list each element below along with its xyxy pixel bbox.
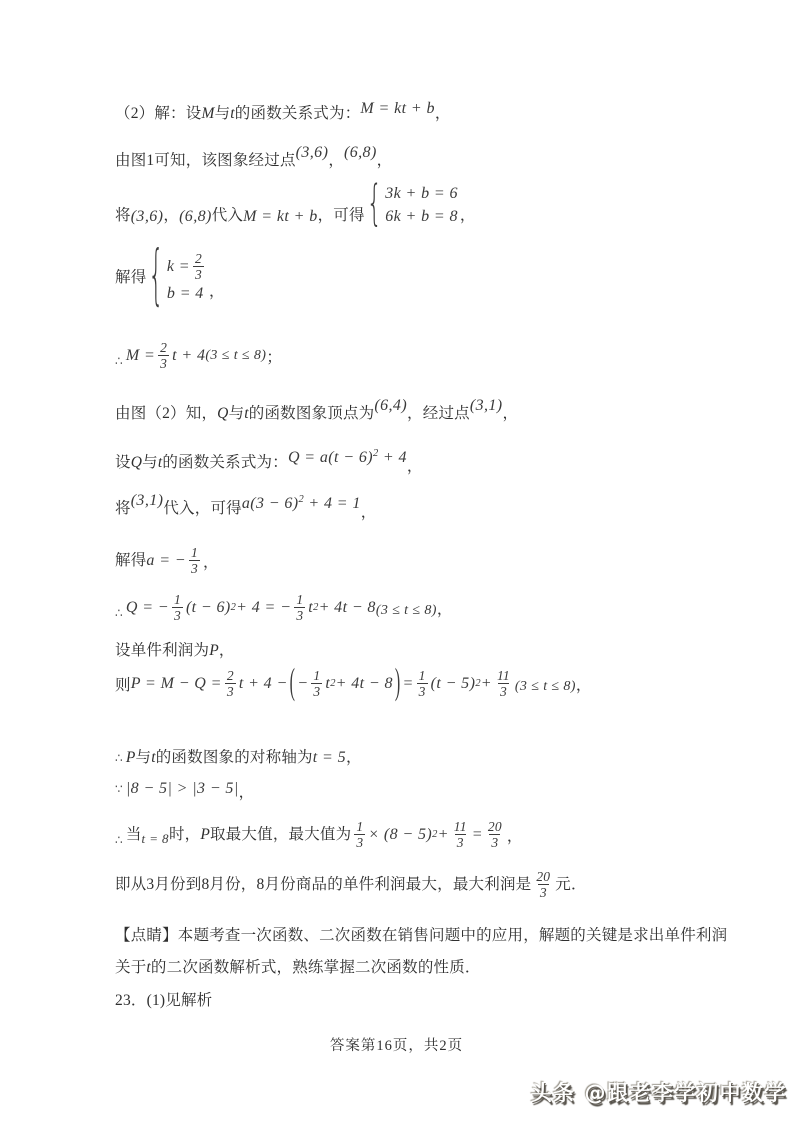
fraction: 13 bbox=[311, 669, 322, 699]
numerator: 1 bbox=[311, 669, 322, 683]
math-formula: P = M − Q = bbox=[131, 673, 222, 695]
math-formula: + bbox=[481, 673, 492, 695]
math-formula: Q = − bbox=[126, 597, 169, 619]
because-symbol: ∵ bbox=[115, 782, 123, 796]
text-segment: 解得 bbox=[115, 268, 146, 289]
text-segment: 的函数关系式为： bbox=[235, 105, 361, 122]
numerator: 1 bbox=[189, 546, 200, 560]
remark-line-2: 关于t的二次函数解析式，熟练掌握二次函数的性质． bbox=[115, 958, 481, 979]
text-segment: 则 bbox=[115, 676, 131, 697]
math-formula: × (8 − 5) bbox=[368, 824, 432, 846]
math-formula: M = kt + b bbox=[243, 206, 317, 228]
point-coordinates: (3,6) bbox=[296, 144, 329, 161]
numerator: 20 bbox=[534, 870, 552, 884]
document-page: { "glyphs": {"brace": "{", "lparen": "("… bbox=[0, 0, 793, 1121]
comma: ， bbox=[163, 206, 179, 227]
math-formula: + 4t − 8 bbox=[319, 597, 376, 619]
point-coordinates: (6,8) bbox=[179, 206, 212, 228]
solution-line-symmetry-axis: ∴P与t的函数图象的对称轴为t = 5， bbox=[115, 747, 362, 769]
domain-condition: (3 ≤ t ≤ 8) bbox=[205, 347, 266, 366]
comma: ， bbox=[503, 405, 519, 422]
denominator: 3 bbox=[193, 266, 204, 282]
equation-row: k = 23 bbox=[167, 252, 207, 282]
fraction: 113 bbox=[452, 820, 469, 850]
text-segment: ，经过点 bbox=[407, 405, 470, 422]
text-segment: 与 bbox=[229, 405, 245, 422]
text-segment: 设 bbox=[115, 454, 131, 471]
watermark: 头条 @跟老李学初中数学 bbox=[531, 1077, 787, 1107]
text-segment: 23．(1)见解析 bbox=[115, 992, 212, 1009]
therefore-symbol: ∴ bbox=[115, 832, 123, 848]
solution-line-M-function: ∴ M = 23 t + 4 (3 ≤ t ≤ 8) ； bbox=[115, 341, 282, 371]
text-segment: 与 bbox=[142, 454, 158, 471]
point-coordinates: (3,1) bbox=[131, 492, 164, 509]
point-coordinates: (3,6) bbox=[131, 206, 164, 228]
denominator: 3 bbox=[294, 607, 305, 623]
next-problem-line: 23．(1)见解析 bbox=[115, 991, 212, 1012]
text-segment: 【点睛】本题考查一次函数、二次函数在销售问题中的应用，解题的关键是求出单件利润 bbox=[115, 927, 727, 944]
math-var: P bbox=[200, 825, 210, 846]
text-segment: 设单件利润为 bbox=[115, 642, 209, 659]
solution-line-vertex: 由图（2）知，Q与t的函数图象顶点为(6,4)，经过点(3,1)， bbox=[115, 403, 518, 425]
math-var: M bbox=[201, 105, 214, 122]
math-formula: = bbox=[402, 673, 413, 695]
math-formula: + 4t − 8 bbox=[336, 673, 393, 695]
point-coordinates: (6,8) bbox=[344, 144, 377, 161]
text-segment: 代入 bbox=[212, 206, 243, 227]
comma: ， bbox=[507, 827, 523, 848]
equation-row: b = 4 bbox=[167, 283, 204, 305]
semicolon: ； bbox=[266, 348, 282, 369]
text-segment: 的函数关系式为： bbox=[162, 454, 288, 471]
text-segment: 将 bbox=[115, 500, 131, 517]
text-segment: 由图（2）知， bbox=[115, 405, 217, 422]
text-segment: 将 bbox=[115, 206, 131, 227]
comma: ， bbox=[203, 553, 219, 574]
math-var: P bbox=[209, 642, 219, 659]
therefore-symbol: ∴ bbox=[115, 751, 123, 765]
comma: ， bbox=[219, 642, 235, 659]
math-formula: t = 5 bbox=[313, 749, 346, 766]
math-formula: − bbox=[297, 673, 308, 695]
math-formula: t = 8 bbox=[142, 830, 169, 848]
solution-line-conclusion: 即从3月份到8月份，8月份商品的单件利润最大，最大利润是 203 元． bbox=[115, 870, 587, 900]
denominator: 3 bbox=[311, 683, 322, 699]
math-var: P bbox=[126, 749, 136, 766]
text-segment: 的二次函数解析式，熟练掌握二次函数的性质． bbox=[151, 959, 481, 976]
cases-brace: { bbox=[367, 171, 382, 236]
numerator: 20 bbox=[486, 820, 504, 834]
solution-line-setup-M: （2）解：设M与t的函数关系式为：M = kt + b， bbox=[115, 103, 451, 125]
solution-line-solve-a: 解得 a = − 13 ， bbox=[115, 546, 219, 576]
denominator: 3 bbox=[538, 884, 549, 900]
denominator: 3 bbox=[354, 834, 365, 850]
comma: ， bbox=[239, 784, 255, 801]
math-formula: + 4 = − bbox=[236, 597, 291, 619]
fraction: 23 bbox=[193, 252, 204, 282]
numerator: 1 bbox=[294, 593, 305, 607]
comma: ， bbox=[437, 600, 453, 621]
solution-line-compare-distance: ∵|8 − 5| > |3 − 5|， bbox=[115, 778, 254, 800]
math-formula: + 4 = 1 bbox=[304, 495, 361, 512]
fraction: 23 bbox=[225, 669, 236, 699]
math-formula: a(3 − 6) bbox=[242, 495, 299, 512]
comma: ， bbox=[377, 152, 393, 169]
text-segment: 取最大值，最大值为 bbox=[210, 825, 351, 846]
fraction: 13 bbox=[294, 593, 305, 623]
solution-line-define-P: 设单件利润为P， bbox=[115, 641, 235, 662]
comma: ， bbox=[209, 282, 225, 303]
comma: ， bbox=[361, 504, 377, 521]
solution-line-P-function: 则 P = M − Q = 23 t + 4 − ( − 13 t2 + 4t … bbox=[115, 669, 592, 699]
solution-line-setup-Q: 设Q与t的函数关系式为：Q = a(t − 6)2 + 4， bbox=[115, 452, 423, 474]
text-segment: ，可得 bbox=[318, 206, 365, 227]
text-segment: 与 bbox=[215, 105, 231, 122]
solution-line-substitute-Q: 将(3,1)代入，可得a(3 − 6)2 + 4 = 1， bbox=[115, 498, 376, 520]
point-coordinates: (3,1) bbox=[470, 397, 503, 414]
math-formula: M = bbox=[126, 345, 155, 367]
text-segment: 代入，可得 bbox=[163, 500, 242, 517]
math-var: Q bbox=[131, 454, 142, 471]
math-formula: a = − bbox=[146, 550, 186, 572]
math-formula: t + 4 bbox=[172, 345, 205, 367]
text-segment: 解得 bbox=[115, 551, 146, 572]
therefore-symbol: ∴ bbox=[115, 353, 123, 369]
denominator: 3 bbox=[172, 607, 183, 623]
solution-line-substitute-system: 将(3,6)，(6,8)代入M = kt + b，可得 { 3k + b = 6… bbox=[115, 183, 476, 227]
math-formula: + 4 bbox=[378, 449, 406, 466]
comma: ， bbox=[460, 206, 476, 227]
right-paren: ) bbox=[395, 659, 401, 709]
numerator: 11 bbox=[452, 820, 469, 834]
equation-stack: 3k + b = 6 6k + b = 8 bbox=[385, 183, 458, 227]
solution-line-Q-function: ∴ Q = − 13 (t − 6)2 + 4 = − 13 t2 + 4t −… bbox=[115, 593, 453, 623]
text-segment: （2）解：设 bbox=[115, 105, 201, 122]
solution-line-solve-kb: 解得 { k = 23 b = 4 ， bbox=[115, 252, 225, 305]
fraction: 203 bbox=[486, 820, 504, 850]
fraction: 23 bbox=[158, 341, 169, 371]
numerator: 1 bbox=[417, 669, 428, 683]
math-formula: a(3 − 6)2 + 4 = 1 bbox=[242, 493, 361, 515]
denominator: 3 bbox=[189, 560, 200, 576]
denominator: 3 bbox=[455, 834, 466, 850]
fraction: 13 bbox=[417, 669, 428, 699]
numerator: 2 bbox=[225, 669, 236, 683]
text-segment: 即从3月份到8月份，8月份商品的单件利润最大，最大利润是 bbox=[115, 875, 531, 896]
math-formula: + bbox=[438, 824, 449, 846]
comma: ， bbox=[407, 458, 423, 475]
comma: ， bbox=[328, 152, 344, 169]
page-footer: 答案第16页，共2页 bbox=[0, 1034, 793, 1055]
math-var: Q bbox=[217, 405, 228, 422]
math-formula: t + 4 − bbox=[239, 673, 288, 695]
equation-system: { 3k + b = 6 6k + b = 8 bbox=[367, 183, 458, 227]
denominator: 3 bbox=[498, 683, 509, 699]
watermark-text: 头条 @跟老李学初中数学 bbox=[531, 1081, 787, 1105]
math-formula: (t − 5) bbox=[431, 673, 476, 695]
domain-condition: (3 ≤ t ≤ 8) bbox=[376, 602, 437, 621]
numerator: 2 bbox=[158, 341, 169, 355]
solution-line-max-value: ∴ 当 t = 8 时， P 取最大值，最大值为 13 × (8 − 5)2 +… bbox=[115, 820, 523, 850]
cases-brace: { bbox=[148, 232, 163, 319]
therefore-symbol: ∴ bbox=[115, 605, 123, 621]
math-formula: |8 − 5| > |3 − 5| bbox=[126, 780, 239, 797]
fraction: 203 bbox=[534, 870, 552, 900]
left-paren: ( bbox=[290, 659, 296, 709]
text-segment: 关于 bbox=[115, 959, 146, 976]
comma: ， bbox=[346, 749, 362, 766]
numerator: 1 bbox=[354, 820, 365, 834]
text-segment: 当 bbox=[126, 825, 142, 846]
text-segment: 的函数图象顶点为 bbox=[249, 405, 375, 422]
denominator: 3 bbox=[417, 683, 428, 699]
math-formula: M = kt + b bbox=[360, 98, 434, 120]
numerator: 11 bbox=[495, 669, 512, 683]
math-formula: = bbox=[472, 824, 483, 846]
comma: ， bbox=[576, 676, 592, 697]
numerator: 2 bbox=[193, 252, 204, 266]
denominator: 3 bbox=[158, 355, 169, 371]
remark-line-1: 【点睛】本题考查一次函数、二次函数在销售问题中的应用，解题的关键是求出单件利润 bbox=[115, 926, 727, 947]
domain-condition: (3 ≤ t ≤ 8) bbox=[515, 678, 576, 697]
numerator: 1 bbox=[172, 593, 183, 607]
text-segment: 由图1可知，该图象经过点 bbox=[115, 152, 296, 169]
denominator: 3 bbox=[489, 834, 500, 850]
page-number-text: 答案第16页，共2页 bbox=[330, 1038, 463, 1054]
equation-stack: k = 23 b = 4 bbox=[167, 252, 207, 305]
equation-row: 6k + b = 8 bbox=[385, 206, 458, 228]
point-coordinates: (6,4) bbox=[374, 397, 407, 414]
denominator: 3 bbox=[225, 683, 236, 699]
fraction: 113 bbox=[495, 669, 512, 699]
text-segment: 与 bbox=[136, 749, 152, 766]
comma: ， bbox=[435, 105, 451, 122]
text-segment: 时， bbox=[169, 825, 200, 846]
math-formula: (t − 6) bbox=[186, 597, 231, 619]
solution-line-points-figure1: 由图1可知，该图象经过点(3,6)，(6,8)， bbox=[115, 150, 392, 172]
math-formula: k = bbox=[167, 256, 190, 278]
math-formula: Q = a(t − 6) bbox=[288, 449, 373, 466]
fraction: 13 bbox=[354, 820, 365, 850]
equation-row: 3k + b = 6 bbox=[385, 183, 458, 205]
text-segment: 的函数图象的对称轴为 bbox=[156, 749, 313, 766]
fraction: 13 bbox=[172, 593, 183, 623]
fraction: 13 bbox=[189, 546, 200, 576]
math-formula: Q = a(t − 6)2 + 4 bbox=[288, 447, 407, 469]
text-segment: 元． bbox=[555, 875, 586, 896]
equation-system: { k = 23 b = 4 bbox=[148, 252, 207, 305]
